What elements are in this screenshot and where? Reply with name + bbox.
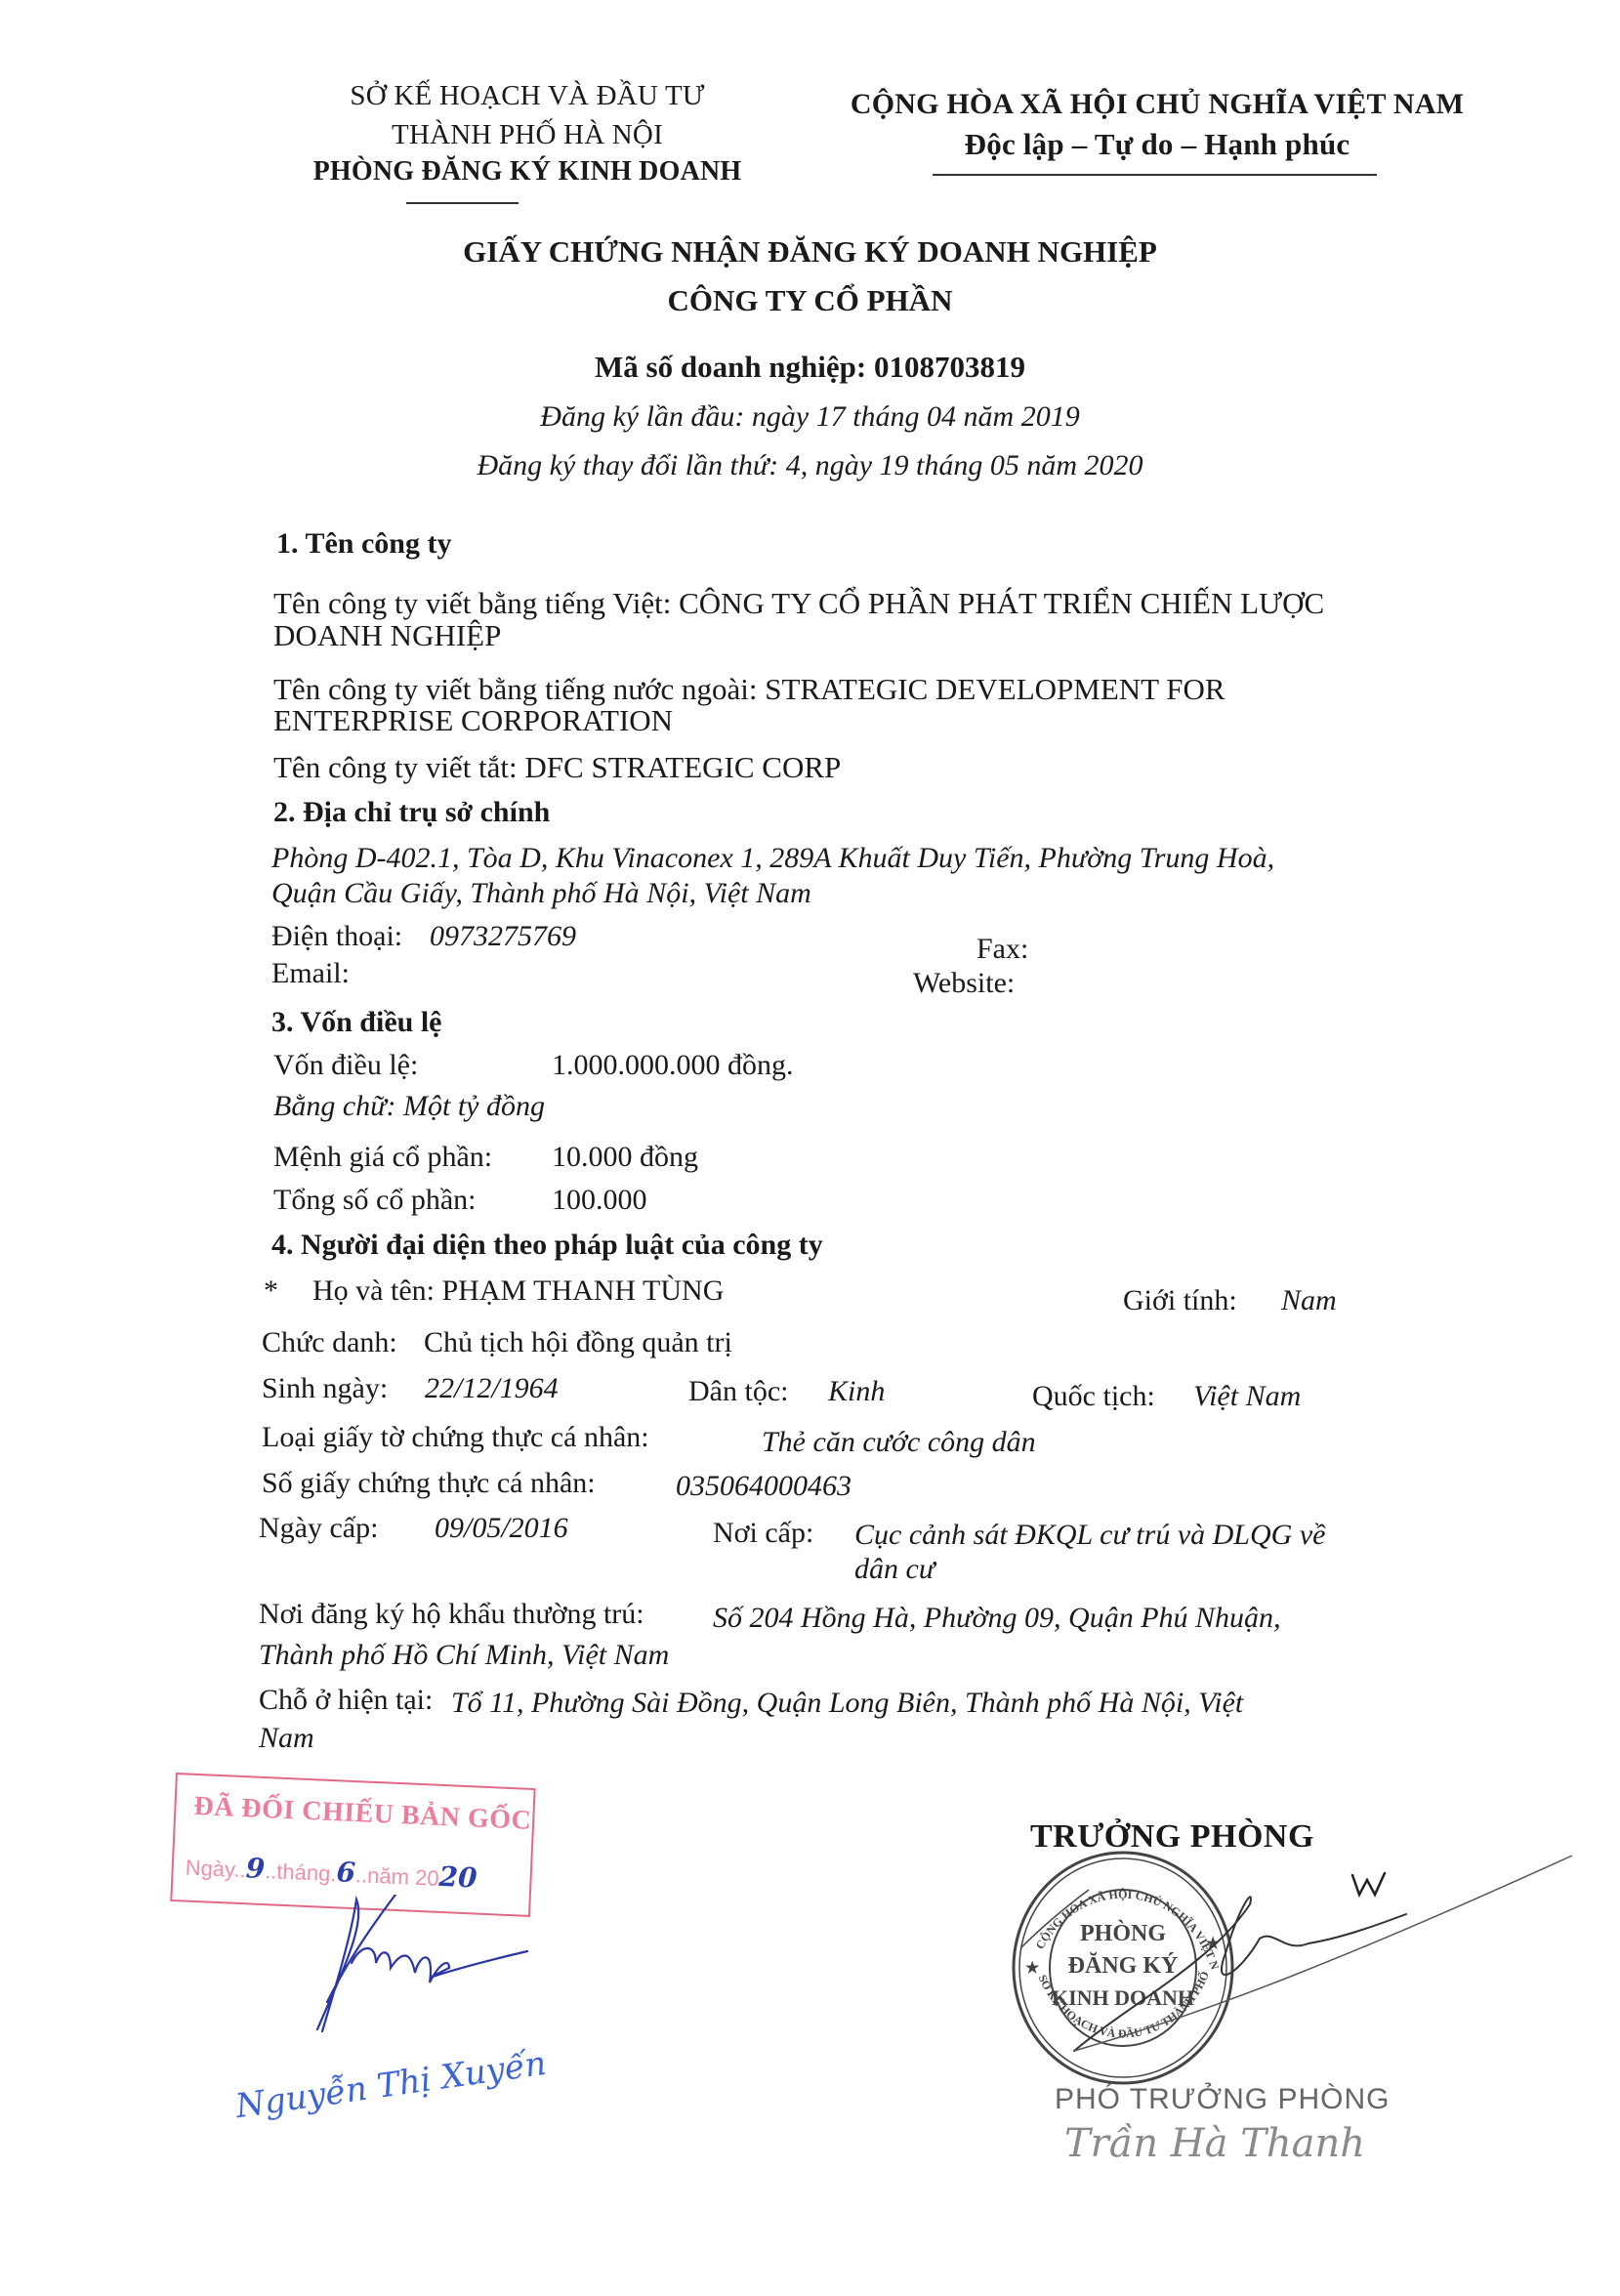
motto-underline: [933, 174, 1377, 176]
website-label: Website:: [913, 967, 1015, 1000]
section-3-heading: 3. Vốn điều lệ: [271, 1006, 441, 1039]
first-registration: Đăng ký lần đầu: ngày 17 tháng 04 năm 20…: [0, 400, 1620, 434]
permanent-line-2: Thành phố Hồ Chí Minh, Việt Nam: [259, 1639, 669, 1672]
certifier-signature-icon: [283, 1895, 537, 2041]
stamp-date: Ngày..9..tháng.6..năm 2020: [185, 1850, 478, 1895]
stamp-title: ĐÃ ĐỐI CHIẾU BẢN GỐC: [193, 1791, 532, 1837]
permanent-label: Nơi đăng ký hộ khẩu thường trú:: [259, 1598, 644, 1631]
stamp-year-value: 20: [438, 1860, 478, 1895]
agency-line-2: THÀNH PHỐ HÀ NỘI: [322, 119, 732, 151]
fax-label: Fax:: [976, 933, 1028, 966]
vn-name-line-1: Tên công ty viết bằng tiếng Việt: CÔNG T…: [273, 586, 1324, 621]
section-4-heading: 4. Người đại diện theo pháp luật của côn…: [271, 1229, 823, 1262]
par-value-label: Mệnh giá cổ phần:: [273, 1141, 492, 1174]
nationality-label: Quốc tịch:: [1032, 1380, 1155, 1413]
certifier-name: Nguyễn Thị Xuyến: [233, 2044, 549, 2126]
ethnicity-label: Dân tộc:: [688, 1375, 788, 1408]
capital-label: Vốn điều lệ:: [273, 1049, 418, 1082]
issue-place-line-2: dân cư: [854, 1553, 935, 1586]
capital-in-words: Bằng chữ: Một tỷ đồng: [273, 1090, 545, 1123]
gender-value: Nam: [1281, 1284, 1337, 1317]
gender-label: Giới tính:: [1123, 1284, 1237, 1317]
position-value: Chủ tịch hội đồng quản trị: [424, 1326, 732, 1359]
bullet: *: [264, 1274, 278, 1308]
nationality-value: Việt Nam: [1193, 1380, 1301, 1413]
email-label: Email:: [271, 957, 350, 990]
agency-line-1: SỞ KẾ HOẠCH VÀ ĐẦU TƯ: [322, 80, 732, 112]
foreign-name-line-1: Tên công ty viết bằng tiếng nước ngoài: …: [273, 672, 1225, 707]
deputy-head-title: PHÓ TRƯỞNG PHÒNG: [1055, 2083, 1390, 2116]
dob-value: 22/12/1964: [425, 1372, 559, 1405]
head-signature-icon: [1016, 1846, 1582, 2080]
capital-value: 1.000.000.000 đồng.: [552, 1049, 794, 1082]
section-2-heading: 2. Địa chỉ trụ sở chính: [273, 796, 550, 829]
address-line-1: Phòng D-402.1, Tòa D, Khu Vinaconex 1, 2…: [271, 842, 1274, 875]
stamp-day-value: 9: [245, 1852, 266, 1885]
deputy-head-name: Trần Hà Thanh: [1064, 2121, 1365, 2166]
issue-date-label: Ngày cấp:: [259, 1512, 378, 1545]
phone-value: 0973275769: [430, 920, 576, 953]
total-shares: 100.000: [552, 1184, 647, 1217]
address-line-2: Quận Cầu Giấy, Thành phố Hà Nội, Việt Na…: [271, 877, 811, 910]
national-motto: Độc lập – Tự do – Hạnh phúc: [840, 127, 1475, 162]
representative-name: Họ và tên: PHẠM THANH TÙNG: [312, 1274, 724, 1308]
national-title: CỘNG HÒA XÃ HỘI CHỦ NGHĨA VIỆT NAM: [840, 88, 1475, 121]
amendment-registration: Đăng ký thay đổi lần thứ: 4, ngày 19 thá…: [0, 449, 1620, 482]
id-type-value: Thẻ căn cước công dân: [762, 1426, 1036, 1459]
foreign-name-line-2: ENTERPRISE CORPORATION: [273, 703, 673, 738]
agency-underline: [406, 202, 519, 204]
stamp-month-label: tháng: [276, 1859, 331, 1886]
section-1-heading: 1. Tên công ty: [276, 527, 451, 561]
position-label: Chức danh:: [262, 1326, 397, 1359]
certificate-title: GIẤY CHỨNG NHẬN ĐĂNG KÝ DOANH NGHIỆP: [0, 234, 1620, 270]
id-number-label: Số giấy chứng thực cá nhân:: [262, 1467, 596, 1500]
ethnicity-value: Kinh: [828, 1375, 885, 1408]
par-value: 10.000 đồng: [552, 1141, 698, 1174]
issue-date-value: 09/05/2016: [435, 1512, 568, 1545]
id-number-value: 035064000463: [676, 1470, 852, 1503]
enterprise-code: Mã số doanh nghiệp: 0108703819: [0, 350, 1620, 385]
short-name: Tên công ty viết tắt: DFC STRATEGIC CORP: [273, 750, 841, 785]
company-type: CÔNG TY CỔ PHẦN: [0, 283, 1620, 318]
phone-label: Điện thoại:: [271, 920, 402, 953]
current-label: Chỗ ở hiện tại:: [259, 1684, 433, 1717]
stamp-year-label: năm 20: [367, 1863, 439, 1891]
stamp-day-label: Ngày: [185, 1856, 234, 1882]
agency-line-3: PHÒNG ĐĂNG KÝ KINH DOANH: [293, 156, 762, 188]
issue-place-label: Nơi cấp:: [713, 1517, 813, 1550]
issue-place-line-1: Cục cảnh sát ĐKQL cư trú và DLQG về: [854, 1519, 1325, 1552]
id-type-label: Loại giấy tờ chứng thực cá nhân:: [262, 1421, 649, 1454]
total-shares-label: Tổng số cổ phần:: [273, 1184, 476, 1217]
permanent-line-1: Số 204 Hồng Hà, Phường 09, Quận Phú Nhuậ…: [713, 1602, 1281, 1635]
dob-label: Sinh ngày:: [262, 1372, 388, 1405]
current-line-1: Tổ 11, Phường Sài Đồng, Quận Long Biên, …: [451, 1687, 1243, 1720]
stamp-month-value: 6: [336, 1856, 356, 1889]
vn-name-line-2: DOANH NGHIỆP: [273, 618, 501, 653]
current-line-2: Nam: [259, 1722, 314, 1755]
